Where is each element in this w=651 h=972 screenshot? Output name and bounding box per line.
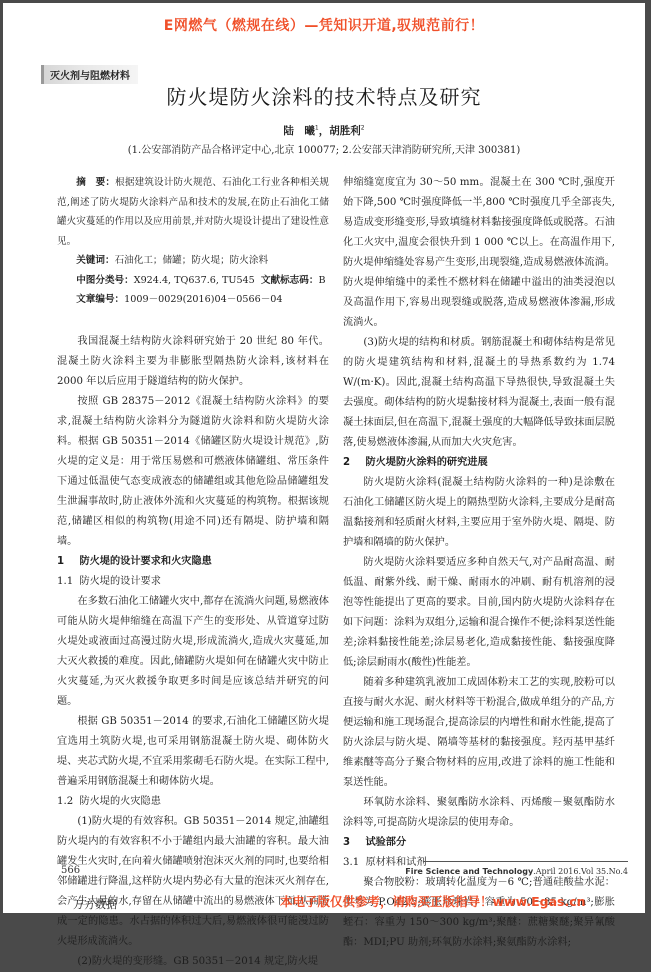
author-separator: ， <box>319 125 330 137</box>
article-number: 1009－0029(2016)04－0566－04 <box>124 294 282 305</box>
article-number-line: 文章编号：1009－0029(2016)04－0566－04 <box>57 290 329 310</box>
abstract-text: 摘 要：根据建筑设计防火规范、石油化工行业各种相关规范,阐述了防火堤防火涂料产品… <box>57 173 329 251</box>
body-paragraph: 按照 GB 28375－2012《混凝土结构防火涂料》的要求,混凝土结构防火涂料… <box>57 392 329 552</box>
body-paragraph: 防火堤防火涂料要适应多种自然天气,对产品耐高温、耐低温、耐紫外线、耐干燥、耐雨水… <box>343 553 615 673</box>
body-paragraph: 伸缩缝宽度宜为 30～50 mm。混凝土在 300 ℃时,强度开始下降,500 … <box>343 173 615 333</box>
journal-footer: Fire Science and Technology.April 2016.V… <box>383 867 628 876</box>
abstract-label: 摘 要： <box>76 177 115 188</box>
body-paragraph: 在多数石油化工储罐火灾中,都存在流淌火问题,易燃液体可能从防火堤伸缩缝在高温下产… <box>57 592 329 712</box>
left-column: 摘 要：根据建筑设计防火规范、石油化工行业各种相关规范,阐述了防火堤防火涂料产品… <box>57 173 329 920</box>
clc-code: X924.4, TQ637.6, TU545 <box>134 275 255 286</box>
keywords: 石油化工；储罐；防火堤；防火涂料 <box>115 255 269 266</box>
top-banner[interactable]: E网燃气（燃规在线）—凭知识开道,驭规范前行！ <box>3 15 645 35</box>
body-paragraph: 根据 GB 50351－2014 的要求,石油化工储罐区防火堤宜选用土筑防火堤,… <box>57 712 329 792</box>
bottom-banner[interactable]: 本电子版仅供参考，请购买正版指导！www.Egas.cn <box>280 892 586 910</box>
footer-divider <box>423 861 628 862</box>
right-column: 伸缩缝宽度宜为 30～50 mm。混凝土在 300 ℃时,强度开始下降,500 … <box>343 173 615 920</box>
classification-line: 中图分类号：X924.4, TQ637.6, TU545 文献标志码：B <box>57 271 329 291</box>
body-paragraph: 防火堤防火涂料(混凝土结构防火涂料的一种)是涂敷在石油化工储罐区防火堤上的隔热型… <box>343 473 615 553</box>
journal-issue: .April 2016.Vol 35.No.4 <box>533 867 628 876</box>
keywords-line: 关键词：石油化工；储罐；防火堤；防火涂料 <box>57 251 329 271</box>
section-heading: 1防火堤的设计要求和火灾隐患 <box>57 552 329 572</box>
author-name: 胡胜利 <box>329 125 361 137</box>
subsection-heading: 1.2防火堤的火灾隐患 <box>57 792 329 812</box>
journal-name: Fire Science and Technology <box>405 867 533 876</box>
paper-page: E网燃气（燃规在线）—凭知识开道,驭规范前行！ 灭火剂与阻燃材料 防火堤防火涂料… <box>3 3 645 913</box>
author-affiliation-mark: 2 <box>361 125 365 132</box>
paper-title: 防火堤防火涂料的技术特点及研究 <box>3 81 645 110</box>
abstract-block: 摘 要：根据建筑设计防火规范、石油化工行业各种相关规范,阐述了防火堤防火涂料产品… <box>57 173 329 310</box>
wanfang-watermark: 万方数据 <box>73 896 117 912</box>
affiliations: (1.公安部消防产品合格评定中心,北京 100077; 2.公安部天津消防研究所… <box>3 141 645 156</box>
section-heading: 3试验部分 <box>343 833 615 853</box>
author-name: 陆 曦 <box>283 125 315 137</box>
section-heading: 2防火堤防火涂料的研究进展 <box>343 453 615 473</box>
page-number: 566 <box>61 865 80 876</box>
body-paragraph: 环氧防水涂料、聚氨酯防水涂料、丙烯酸－聚氨酯防水涂料等,可提高防火堤涂层的使用寿… <box>343 793 615 833</box>
body-paragraph: 我国混凝土结构防火涂料研究始于 20 世纪 80 年代。混凝土防火涂料主要为非膨… <box>57 332 329 392</box>
subsection-heading: 1.1防火堤的设计要求 <box>57 572 329 592</box>
body-paragraph: 随着多种建筑乳液加工成固体粉末工艺的实现,胶粉可以直接与耐火水泥、耐火材料等干粉… <box>343 673 615 793</box>
author-list: 陆 曦1，胡胜利2 <box>3 123 645 138</box>
body-paragraph: (3)防火堤的结构和材质。钢筋混凝土和砌体结构是常见的防火堤建筑结构和材料,混凝… <box>343 333 615 453</box>
doc-code: B <box>318 275 325 286</box>
